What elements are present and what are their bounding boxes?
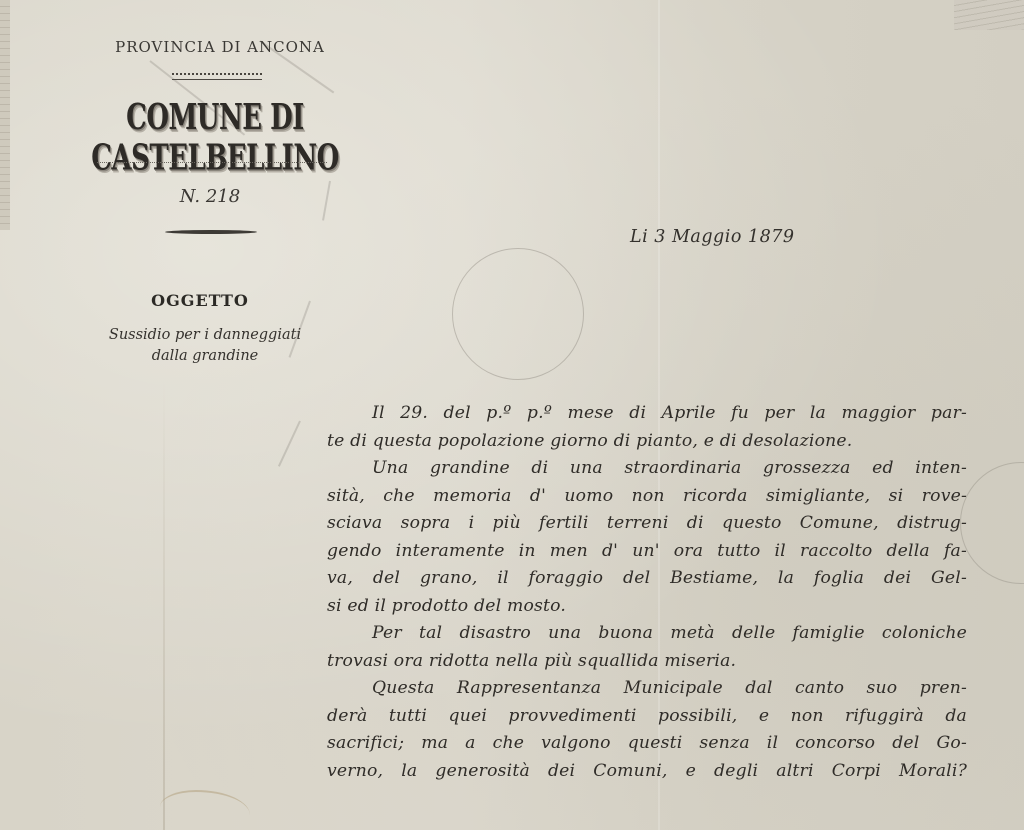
paragraph: Il 29. del p.º p.º mese di Aprile fu per… xyxy=(327,400,967,455)
subject-text: Sussidio per i danneggiati dalla grandin… xyxy=(40,325,370,367)
ink-streak xyxy=(278,421,301,467)
document-paper: PROVINCIA DI ANCONA COMUNE DI CASTELBELL… xyxy=(0,0,1024,830)
paragraph: Per tal disastro una buona metà delle fa… xyxy=(327,620,967,675)
paper-fold xyxy=(163,380,165,830)
dotted-divider xyxy=(97,162,327,163)
text-line: Per tal disastro una buona metà delle fa… xyxy=(327,620,967,648)
paragraph: Questa Rappresentanza Municipale dal can… xyxy=(327,675,967,785)
comune-heading: COMUNE DI CASTELBELLINO xyxy=(30,98,400,179)
text-line: trovasi ora ridotta nella più squallida … xyxy=(327,648,967,676)
ornament-divider xyxy=(165,230,257,234)
text-line: va, del grano, il foraggio del Bestiame,… xyxy=(327,565,967,593)
text-line: sacrifici; ma a che valgono questi senza… xyxy=(327,730,967,758)
text-line: sciava sopra i più fertili terreni di qu… xyxy=(327,510,967,538)
text-line: gendo interamente in men d' un' ora tutt… xyxy=(327,538,967,566)
faint-stamp xyxy=(452,248,584,380)
water-stain xyxy=(160,790,250,830)
document-date: Li 3 Maggio 1879 xyxy=(630,227,794,247)
text-line: Il 29. del p.º p.º mese di Aprile fu per… xyxy=(327,400,967,428)
text-line: derà tutti quei provvedimenti possibili,… xyxy=(327,703,967,731)
text-line: Una grandine di una straordinaria grosse… xyxy=(327,455,967,483)
province-heading: PROVINCIA DI ANCONA xyxy=(40,38,400,56)
text-line: sità, che memoria d' uomo non ricorda si… xyxy=(327,483,967,511)
text-line: te di questa popolazione giorno di piant… xyxy=(327,428,967,456)
edge-background xyxy=(0,0,10,230)
faint-stamp xyxy=(960,462,1024,584)
text-line: Questa Rappresentanza Municipale dal can… xyxy=(327,675,967,703)
subject-line: dalla grandine xyxy=(40,346,370,367)
letter-body: Il 29. del p.º p.º mese di Aprile fu per… xyxy=(327,400,967,785)
subject-label: OGGETTO xyxy=(30,291,370,310)
protocol-number: N. 218 xyxy=(40,186,380,207)
ornament-divider xyxy=(172,73,262,80)
text-line: si ed il prodotto del mosto. xyxy=(327,593,967,621)
paragraph: Una grandine di una straordinaria grosse… xyxy=(327,455,967,620)
subject-line: Sussidio per i danneggiati xyxy=(40,325,370,346)
corner-background xyxy=(954,0,1024,30)
text-line: verno, la generosità dei Comuni, e degli… xyxy=(327,758,967,786)
